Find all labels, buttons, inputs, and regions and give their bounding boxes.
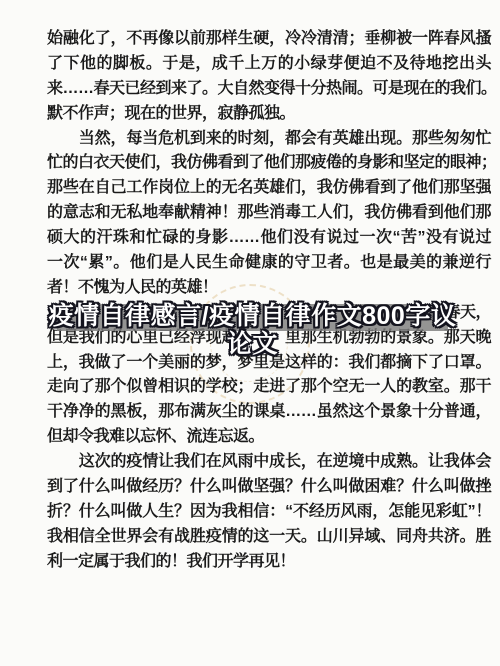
text-line: 当然，每当危机到来的时刻，都会有英雄出现。那些匆匆忙 <box>47 127 491 152</box>
text-line: 了下他的脚板。于是，成千上万的小绿芽便迫不及待地挖出头 <box>47 52 491 77</box>
text-line: 那些在自己工作岗位上的无名英雄们，我仿佛看到了他们那坚强 <box>47 176 491 201</box>
text-line: 始融化了，不再像以前那样生硬，冷冷清清；垂柳被一阵春风搔 <box>47 27 491 52</box>
text-line: 者！不愧为人民的英雄！ <box>47 276 491 301</box>
caption-title-line1: 疫情自律感言/疫情自律作文800字议 <box>47 302 458 330</box>
caption-title-line2: 论文 <box>47 330 458 358</box>
text-line: 这次的疫情让我们在风雨中成长，在逆境中成熟。让我体会 <box>47 450 491 475</box>
text-line: 折？什么叫做人生？因为我相信：“不经历风雨，怎能见彩虹”！ <box>47 500 491 525</box>
document-page: 始融化了，不再像以前那样生硬，冷冷清清；垂柳被一阵春风搔了下他的脚板。于是，成千… <box>0 0 500 666</box>
caption-title: 疫情自律感言/疫情自律作文800字议 论文 <box>47 302 458 358</box>
document-text: 始融化了，不再像以前那样生硬，冷冷清清；垂柳被一阵春风搔了下他的脚板。于是，成千… <box>47 27 491 575</box>
text-line: 默不作声；现在的世界，寂静孤独。 <box>47 102 491 127</box>
text-line: 一次“累”。他们是人民生命健康的守卫者。也是最美的兼逆行 <box>47 251 491 276</box>
text-line: 来……春天已经到来了。大自然变得十分热闹。可是现在的我们。 <box>47 77 491 102</box>
text-line: 但却令我难以忘怀、流连忘返。 <box>47 425 491 450</box>
text-line: 我相信全世界会有战胜疫情的这一天。山川异域、同舟共济。胜 <box>47 525 491 550</box>
text-line: 硕大的汗珠和忙碌的身影……他们没有说过一次“苦”没有说过 <box>47 226 491 251</box>
text-line: 干净净的黑板，那布满灰尘的课桌……虽然这个景象十分普通， <box>47 400 491 425</box>
text-line: 到了什么叫做经历？什么叫做坚强？什么叫做困难？什么叫做挫 <box>47 475 491 500</box>
text-line: 利一定属于我们的！我们开学再见！ <box>47 550 491 575</box>
text-line: 忙的白衣天使们，我仿佛看到了他们那疲倦的身影和坚定的眼神； <box>47 151 491 176</box>
text-line: 走向了那个似曾相识的学校；走进了那个空无一人的教室。那干 <box>47 375 491 400</box>
text-line: 的意志和无私地奉献精神！那些消毒工人们，我仿佛看到他们那 <box>47 201 491 226</box>
